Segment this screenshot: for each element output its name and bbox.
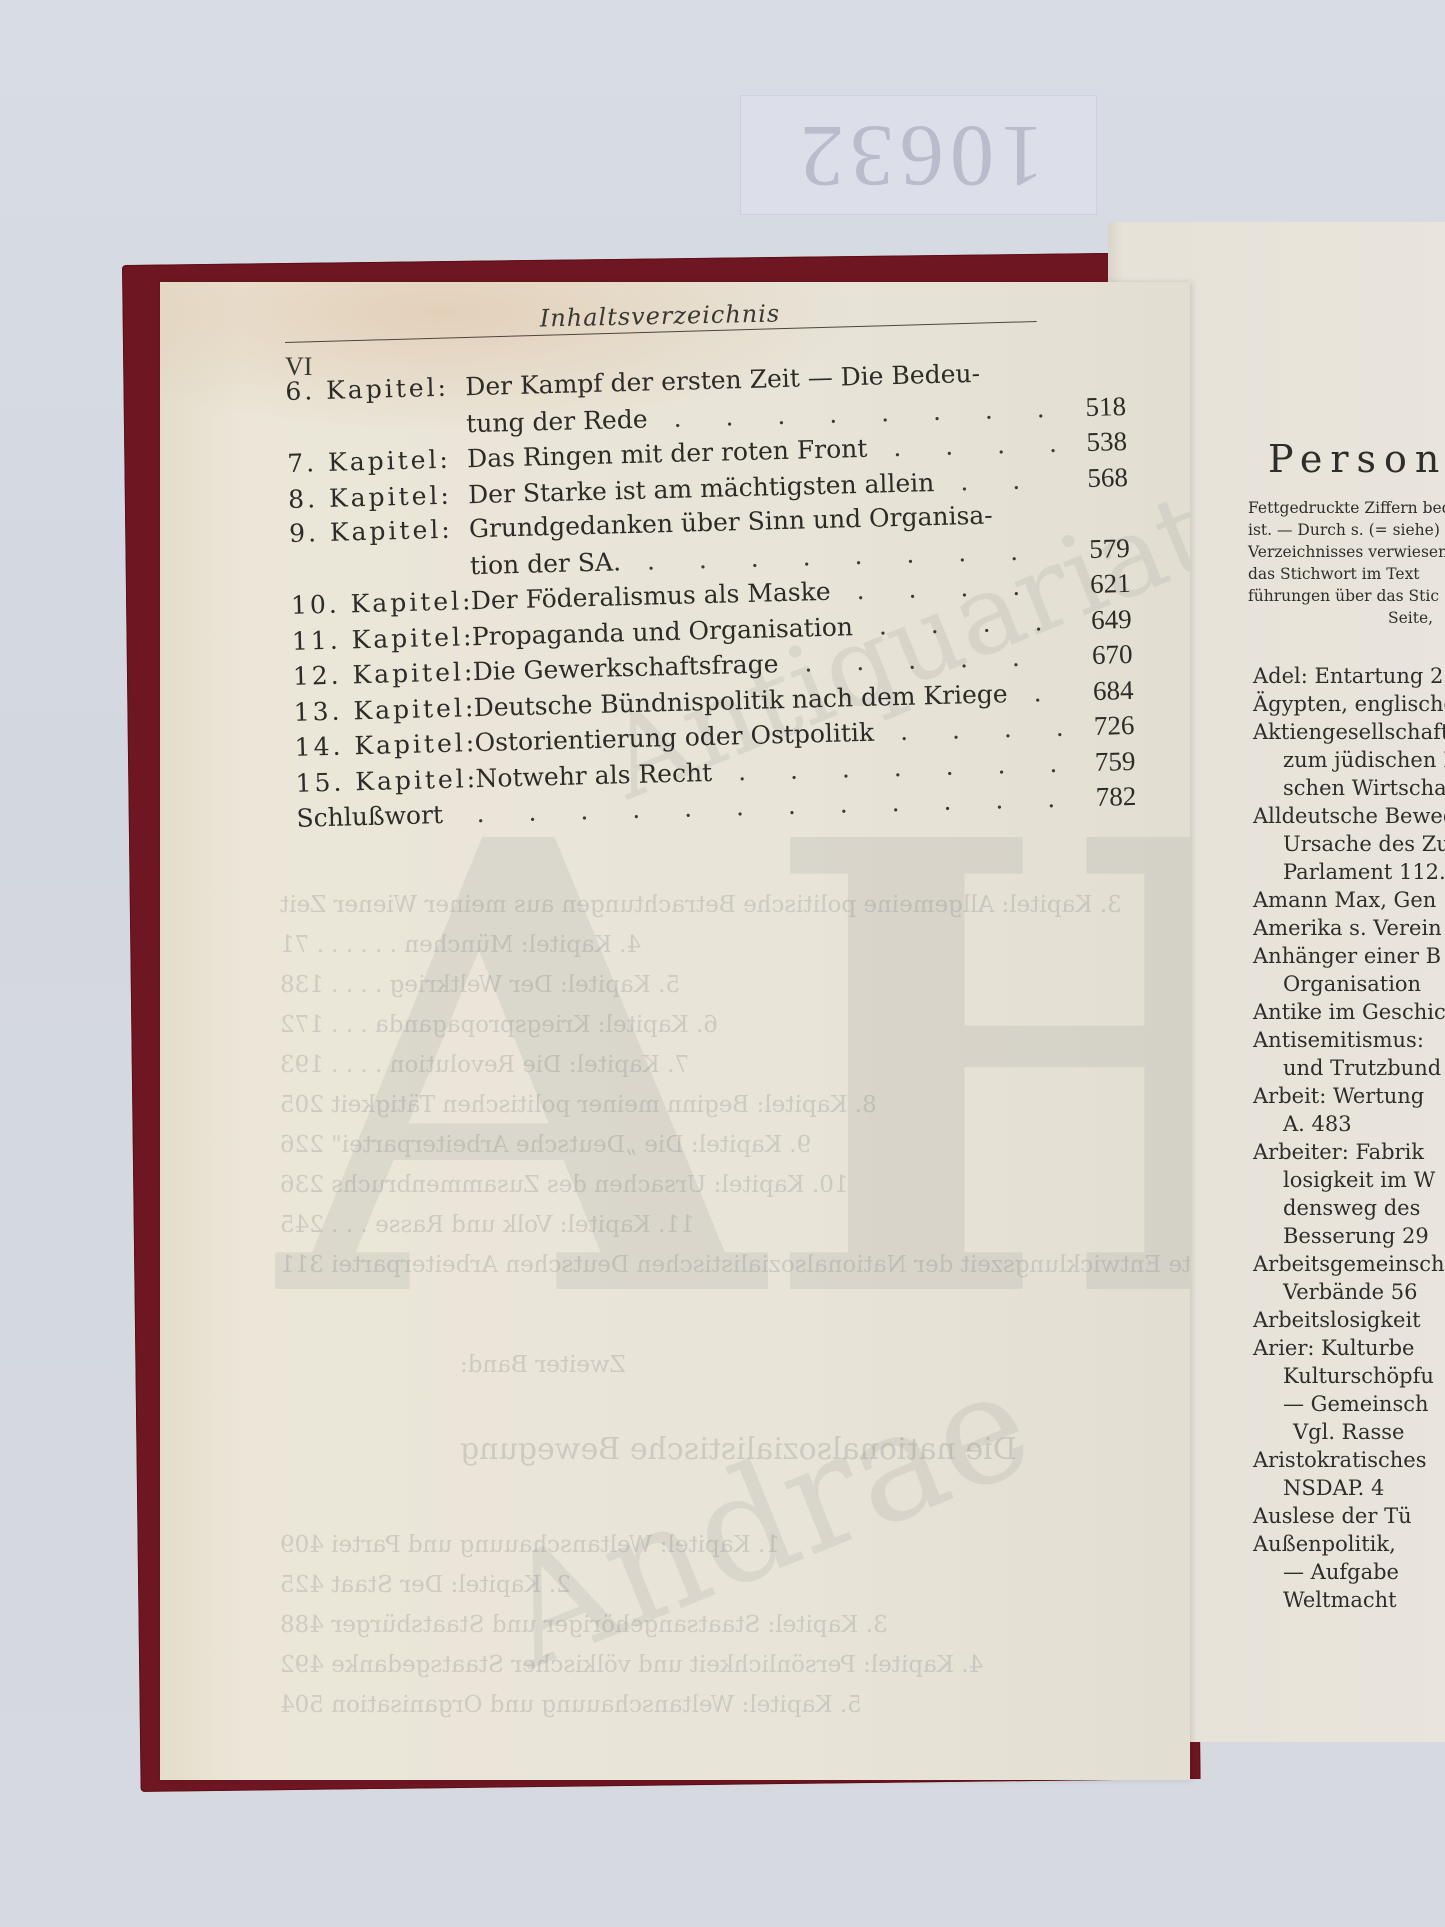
chapter-page-number: 726 xyxy=(1064,710,1135,743)
chapter-label: Schlußwort xyxy=(296,799,477,833)
chapter-label: 11. Kapitel: xyxy=(292,622,473,656)
index-entry: Arbeitslosigkeit xyxy=(1253,1306,1445,1334)
note-line: Fettgedruckte Ziffern bede xyxy=(1248,497,1445,519)
bleed-line: 1. Kapitel: Weltanschauung und Partei 40… xyxy=(280,1532,780,1558)
leader-dots: . . . . . . . . . . . . . xyxy=(867,429,1057,463)
watermark-andrae: Andrae xyxy=(477,1335,1053,1703)
bleed-line: 4. Kapitel: Persönlichkeit und völkische… xyxy=(280,1652,983,1678)
note-line: ist. — Durch s. (= siehe) xyxy=(1248,519,1445,541)
index-title: Persone xyxy=(1268,437,1445,481)
chapter-label: 12. Kapitel: xyxy=(292,657,473,691)
bleed-line: 4. Kapitel: München . . . . . . 71 xyxy=(280,932,641,958)
chapter-page-number: 568 xyxy=(1058,461,1129,494)
chapter-page-number: 538 xyxy=(1057,426,1128,459)
bleed-line: 3. Kapitel: Allgemeine politische Betrac… xyxy=(280,892,1122,918)
chapter-label: 10. Kapitel: xyxy=(291,586,472,620)
bleed-line: Die nationalsozialistische Bewegung xyxy=(460,1432,1017,1467)
index-entry: losigkeit im W xyxy=(1253,1166,1445,1194)
index-entry: A. 483 xyxy=(1253,1110,1445,1138)
chapter-page-number: 579 xyxy=(1059,532,1130,565)
inventory-number: 10632 xyxy=(794,105,1044,206)
chapter-label xyxy=(290,574,470,579)
leader-dots: . . . . . . . . . . . . . xyxy=(1007,677,1064,707)
leader-dots: . . . . . . . . . . . . . xyxy=(934,464,1058,496)
bleed-line: 9. Kapitel: Die „Deutsche Arbeiterpartei… xyxy=(280,1132,811,1158)
left-page: Antiquariat AH Andrae 3. Kapitel: Allgem… xyxy=(160,282,1190,1780)
index-entry: Anhänger einer B xyxy=(1253,942,1445,970)
chapter-label: 14. Kapitel: xyxy=(294,728,475,762)
bleed-line: 3. Kapitel: Staatsangehöriger und Staats… xyxy=(280,1612,888,1638)
chapter-page-number: 782 xyxy=(1066,781,1137,814)
chapter-page-number: 684 xyxy=(1063,674,1134,707)
chapter-page-number: 518 xyxy=(1056,390,1127,423)
bleed-line: 5. Kapitel: Der Weltkrieg . . . . 138 xyxy=(280,972,680,998)
index-entry: Amerika s. Verein xyxy=(1253,914,1445,942)
index-entry: schen Wirtschaft xyxy=(1253,774,1445,802)
chapter-page-number: 621 xyxy=(1060,568,1131,601)
index-entry: Arbeiter: Fabrik xyxy=(1253,1138,1445,1166)
bleed-line: 5. Kapitel: Weltanschauung und Organisat… xyxy=(280,1692,862,1718)
inventory-stamp-card: 10632 xyxy=(740,95,1097,215)
index-entry: zum jüdischen Ein xyxy=(1253,746,1445,774)
chapter-label xyxy=(287,432,467,437)
bleed-line: Zweiter Band: xyxy=(460,1352,626,1378)
bleed-line: 7. Kapitel: Die Revolution . . . . 193 xyxy=(280,1052,689,1078)
index-entry: Ursache des Zus xyxy=(1253,830,1445,858)
index-note: Fettgedruckte Ziffern bede ist. — Durch … xyxy=(1248,497,1445,629)
chapter-label: 6. Kapitel: xyxy=(285,372,466,406)
chapter-page-number: 649 xyxy=(1061,603,1132,636)
index-entry: Arier: Kulturbe xyxy=(1253,1334,1445,1362)
chapter-page-number xyxy=(1055,378,1125,380)
note-line: Seite, xyxy=(1248,607,1445,629)
index-entry: Antike im Geschic xyxy=(1253,998,1445,1026)
note-line: Verzeichnisses verwiesen. xyxy=(1248,541,1445,563)
index-entry: — Aufgabe xyxy=(1253,1558,1445,1586)
bleed-line: 2. Kapitel: Der Staat 425 xyxy=(280,1572,571,1598)
leader-dots: . . . . . . . . . . . . . xyxy=(830,571,1061,606)
chapter-label: 13. Kapitel: xyxy=(293,693,474,727)
chapter-label: 8. Kapitel: xyxy=(288,480,469,514)
index-entry: Antisemitismus: xyxy=(1253,1026,1445,1054)
index-entry: Organisation xyxy=(1253,970,1445,998)
index-entry: Außenpolitik, xyxy=(1253,1530,1445,1558)
index-entry: Ägypten, englische F xyxy=(1253,690,1445,718)
index-entry: densweg des xyxy=(1253,1194,1445,1222)
index-entry: Parlament 112. xyxy=(1253,858,1445,886)
index-entry: Adel: Entartung 27 xyxy=(1253,662,1445,690)
chapter-page-number: 670 xyxy=(1062,639,1133,672)
index-entry: Auslese der Tü xyxy=(1253,1502,1445,1530)
index-entry: Amann Max, Gen xyxy=(1253,886,1445,914)
chapter-label: 9. Kapitel: xyxy=(289,514,470,548)
chapter-page-number: 759 xyxy=(1065,745,1136,778)
leader-dots: . . . . . . . . . . . . . xyxy=(874,713,1065,747)
leader-dots: . . . . . . . . . . . . . xyxy=(778,642,1063,678)
index-entries: Adel: Entartung 27Ägypten, englische FAk… xyxy=(1253,662,1445,1614)
bleed-line: 11. Kapitel: Volk und Rasse . . . 245 xyxy=(280,1212,695,1238)
chapter-label: 7. Kapitel: xyxy=(287,444,468,478)
table-of-contents: 6. Kapitel:Der Kampf der ersten Zeit — D… xyxy=(285,355,1137,838)
note-line: das Stichwort im Text xyxy=(1248,563,1445,585)
index-entry: Aktiengesellschaften: xyxy=(1253,718,1445,746)
bleed-line: 10. Kapitel: Ursachen des Zusammenbruchs… xyxy=(280,1172,849,1198)
chapter-page-number xyxy=(1059,520,1129,522)
note-line: führungen über das Stic xyxy=(1248,585,1445,607)
index-entry: Arbeitsgemeinsch xyxy=(1253,1250,1445,1278)
index-entry: Vgl. Rasse xyxy=(1253,1418,1445,1446)
bleed-line: 6. Kapitel: Kriegspropaganda . . . 172 xyxy=(280,1012,718,1038)
index-entry: Alldeutsche Bewegu xyxy=(1253,802,1445,830)
index-entry: NSDAP. 4 xyxy=(1253,1474,1445,1502)
chapter-label: 15. Kapitel: xyxy=(295,764,476,798)
index-entry: — Gemeinsch xyxy=(1253,1390,1445,1418)
index-entry: Weltmacht xyxy=(1253,1586,1445,1614)
leader-dots: . . . . . . . . . . . . . xyxy=(852,606,1062,640)
bleed-line: 12. Kapitel: Die erste Entwicklungszeit … xyxy=(280,1252,1190,1278)
bleed-line: 8. Kapitel: Beginn meiner politischen Tä… xyxy=(280,1092,877,1118)
index-entry: und Trutzbund xyxy=(1253,1054,1445,1082)
index-entry: Kulturschöpfu xyxy=(1253,1362,1445,1390)
index-entry: Arbeit: Wertung xyxy=(1253,1082,1445,1110)
index-entry: Verbände 56 xyxy=(1253,1278,1445,1306)
index-entry: Besserung 29 xyxy=(1253,1222,1445,1250)
index-entry: Aristokratisches xyxy=(1253,1446,1445,1474)
